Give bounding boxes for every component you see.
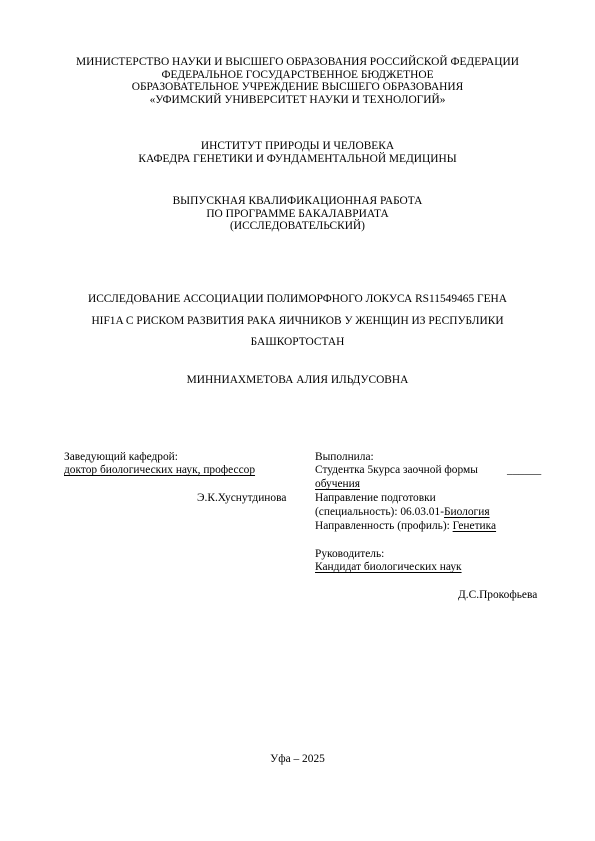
work-type-heading: ВЫПУСКНАЯ КВАЛИФИКАЦИОННАЯ РАБОТА ПО ПРО…	[0, 195, 595, 233]
profile-line: Направленность (профиль): Генетика	[315, 520, 496, 533]
header-line-federal: ФЕДЕРАЛЬНОЕ ГОСУДАРСТВЕННОЕ БЮДЖЕТНОЕ	[0, 69, 595, 82]
direction-label: Направление подготовки	[315, 492, 436, 505]
city-year: Уфа – 2025	[0, 753, 595, 766]
institute-name: ИНСТИТУТ ПРИРОДЫ И ЧЕЛОВЕКА	[0, 140, 595, 153]
head-of-department-degree: доктор биологических наук, профессор	[64, 464, 255, 477]
thesis-title-line-2: HIF1A С РИСКОМ РАЗВИТИЯ РАКА ЯИЧНИКОВ У …	[0, 311, 595, 333]
header-line-ministry: МИНИСТЕРСТВО НАУКИ И ВЫСШЕГО ОБРАЗОВАНИЯ…	[0, 56, 595, 69]
thesis-title-line-1: ИССЛЕДОВАНИЕ АССОЦИАЦИИ ПОЛИМОРФНОГО ЛОК…	[0, 289, 595, 311]
specialty-value: Биология	[444, 506, 490, 518]
header-line-university: «УФИМСКИЙ УНИВЕРСИТЕТ НАУКИ И ТЕХНОЛОГИЙ…	[0, 94, 595, 107]
author-block: МИННИАХМЕТОВА АЛИЯ ИЛЬДУСОВНА	[0, 374, 595, 387]
head-of-department-name: Э.К.Хуснутдинова	[197, 492, 286, 505]
footer-city-year: Уфа – 2025	[0, 753, 595, 766]
study-form: обучения	[315, 478, 360, 491]
supervisor-degree: Кандидат биологических наук	[315, 561, 462, 574]
supervisor-label: Руководитель:	[315, 548, 384, 561]
head-of-department-label: Заведующий кафедрой:	[64, 451, 178, 464]
supervisor-name: Д.С.Прокофьева	[458, 589, 537, 602]
specialty-line: (специальность): 06.03.01-Биология	[315, 506, 490, 519]
profile-prefix: Направленность (профиль):	[315, 520, 453, 532]
thesis-title: ИССЛЕДОВАНИЕ АССОЦИАЦИИ ПОЛИМОРФНОГО ЛОК…	[0, 289, 595, 354]
profile-value: Генетика	[453, 520, 496, 532]
performer-label: Выполнила:	[315, 451, 374, 464]
specialty-prefix: (специальность): 06.03.01-	[315, 506, 444, 518]
work-type-line-1: ВЫПУСКНАЯ КВАЛИФИКАЦИОННАЯ РАБОТА	[0, 195, 595, 208]
work-type-line-3: (ИССЛЕДОВАТЕЛЬСКИЙ)	[0, 220, 595, 233]
work-type-line-2: ПО ПРОГРАММЕ БАКАЛАВРИАТА	[0, 208, 595, 221]
department-name: КАФЕДРА ГЕНЕТИКИ И ФУНДАМЕНТАЛЬНОЙ МЕДИЦ…	[0, 153, 595, 166]
signature-blank: ______	[507, 464, 541, 477]
student-line: Студентка 5курса заочной формы	[315, 464, 478, 477]
author-name: МИННИАХМЕТОВА АЛИЯ ИЛЬДУСОВНА	[0, 374, 595, 387]
thesis-title-line-3: БАШКОРТОСТАН	[0, 332, 595, 354]
ministry-header: МИНИСТЕРСТВО НАУКИ И ВЫСШЕГО ОБРАЗОВАНИЯ…	[0, 56, 595, 106]
institute-heading: ИНСТИТУТ ПРИРОДЫ И ЧЕЛОВЕКА КАФЕДРА ГЕНЕ…	[0, 140, 595, 165]
title-page: МИНИСТЕРСТВО НАУКИ И ВЫСШЕГО ОБРАЗОВАНИЯ…	[0, 0, 595, 841]
header-line-institution: ОБРАЗОВАТЕЛЬНОЕ УЧРЕЖДЕНИЕ ВЫСШЕГО ОБРАЗ…	[0, 81, 595, 94]
